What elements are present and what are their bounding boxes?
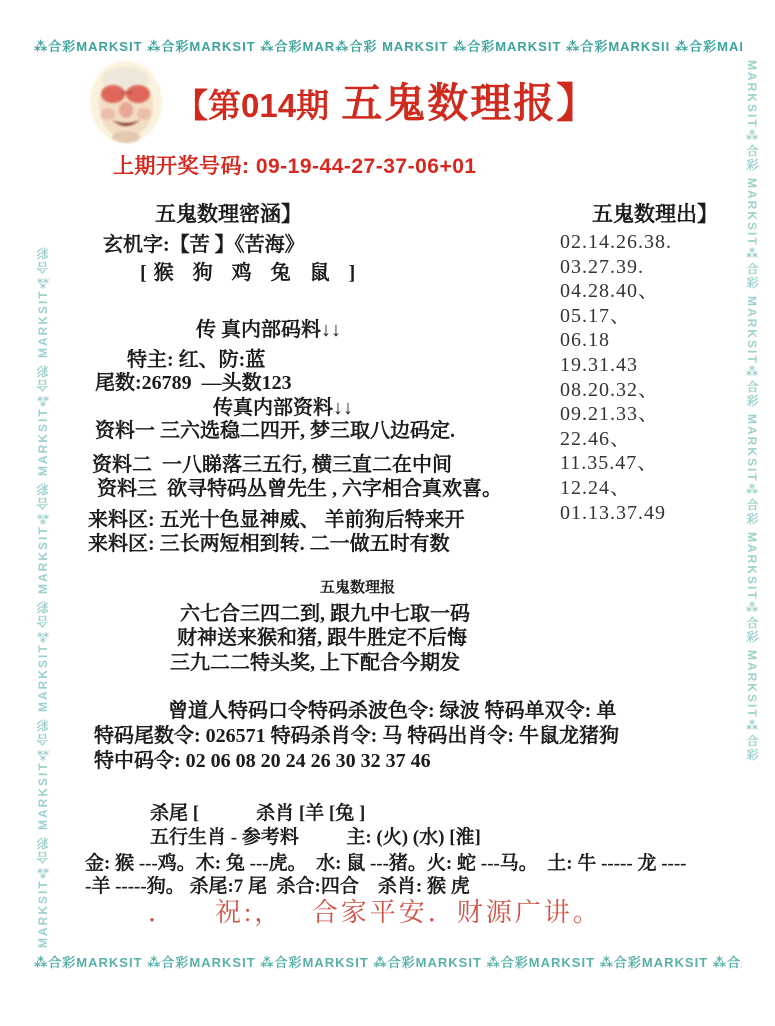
mascot-face-icon xyxy=(88,60,163,144)
incoming-line-2: 来料区: 三长两短相到转. 二一做五时有数 xyxy=(88,527,450,556)
verse-header: 五鬼数理报 xyxy=(320,576,395,597)
number-row: 06.18 xyxy=(560,328,672,353)
verse-line-3: 三九二二特头奖, 上下配合今期发 xyxy=(170,646,460,675)
number-row: 08.20.32、 xyxy=(560,378,672,403)
zodiac-list-line: [猴 狗 鸡 兔 鼠 ] xyxy=(140,256,362,285)
data-line-1-text: 三六选稳二四开, 梦三取八边码定. xyxy=(160,420,455,442)
number-row: 09.21.33、 xyxy=(560,402,672,427)
number-row: 19.31.43 xyxy=(560,353,672,378)
data-line-1-label: 资料一 xyxy=(95,420,155,442)
data-line-3-text: 欲寻特码丛曾先生 , 六字相合真欢喜。 xyxy=(162,478,502,500)
data-line-3-label: 资料三 xyxy=(97,478,157,500)
border-bottom-marksit: ⁂合彩MARKSIT ⁂合彩MARKSIT ⁂合彩MARKSIT ⁂合彩MARK… xyxy=(34,952,742,974)
number-row: 01.13.37.49 xyxy=(560,501,672,526)
command-line-3: 特中码令: 02 06 08 20 24 26 30 32 37 46 xyxy=(94,744,431,773)
right-column-header: 五鬼数理出】 xyxy=(592,198,718,228)
number-row: 22.46、 xyxy=(560,427,672,452)
number-row: 03.27.39. xyxy=(560,255,672,280)
left-column-header: 五鬼数理密涵】 xyxy=(155,198,302,228)
data-line-3: 资料三 欲寻特码丛曾先生 , 六字相合真欢喜。 xyxy=(97,472,502,501)
number-row: 12.24、 xyxy=(560,476,672,501)
blessing-line: ． 祝:， 合家平安．财源广讲。 xyxy=(148,892,602,929)
kill-tail-zodiac-line: 杀尾 [ 杀肖 [羊 [兔 ] xyxy=(150,798,365,825)
number-row: 04.28.40、 xyxy=(560,279,672,304)
border-right-marksit: MARKSIT⁂合彩 MARKSIT⁂合彩 MARKSIT⁂合彩 MARKSIT… xyxy=(740,60,762,948)
mascot-face-logo xyxy=(88,60,163,144)
number-row: 05.17、 xyxy=(560,304,672,329)
border-left-marksit: MARKSIT⁂合彩 MARKSIT⁂合彩 MARKSIT⁂合彩 MARKSIT… xyxy=(33,60,55,948)
incoming-line-2-text: 三长两短相到转. 二一做五时有数 xyxy=(160,533,450,555)
newspaper-page: ⁂合彩MARKSIT ⁂合彩MARKSIT ⁂合彩MAR⁂合彩 MARKSIT … xyxy=(0,0,775,1026)
five-elements-header-line: 五行生肖 - 参考料 主: (火) (水) [淮] xyxy=(150,822,481,849)
number-list: 02.14.26.38. 03.27.39. 04.28.40、 05.17、 … xyxy=(560,230,672,525)
data-line-1: 资料一 三六选稳二四开, 梦三取八边码定. xyxy=(95,414,455,443)
mystery-word-line: 玄机字:【苦 】《苦海》 xyxy=(103,228,305,257)
number-row: 02.14.26.38. xyxy=(560,230,672,255)
last-draw-numbers: 上期开奖号码: 09-19-44-27-37-06+01 xyxy=(113,150,477,180)
number-row: 11.35.47、 xyxy=(560,451,672,476)
border-top-marksit: ⁂合彩MARKSIT ⁂合彩MARKSIT ⁂合彩MAR⁂合彩 MARKSIT … xyxy=(34,36,742,58)
masthead: 【第014期 五鬼数理报】 xyxy=(175,70,605,129)
page-title: 五鬼数理报】 xyxy=(329,80,599,126)
fax-code-header: 传 真内部码料↓↓ xyxy=(196,313,341,342)
issue-number: 【第014期 xyxy=(175,87,329,124)
incoming-line-2-label: 来料区: xyxy=(88,533,155,555)
